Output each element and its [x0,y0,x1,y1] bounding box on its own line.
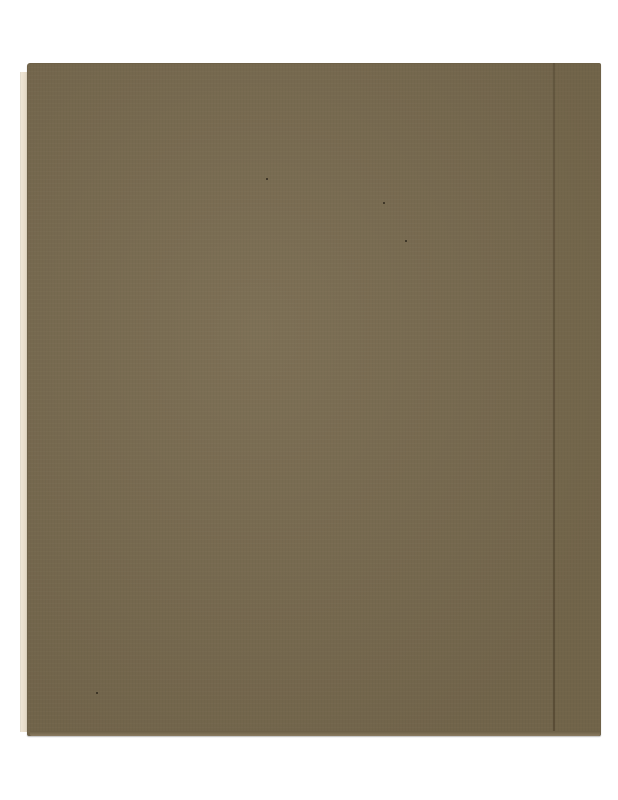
cover-bottom-edge [30,731,600,736]
spine-strip [555,63,601,736]
speck [383,202,385,204]
speck [96,692,98,694]
speck [266,178,268,180]
spine-fold-line [553,63,555,736]
book-cover [27,63,601,736]
speck [405,240,407,242]
